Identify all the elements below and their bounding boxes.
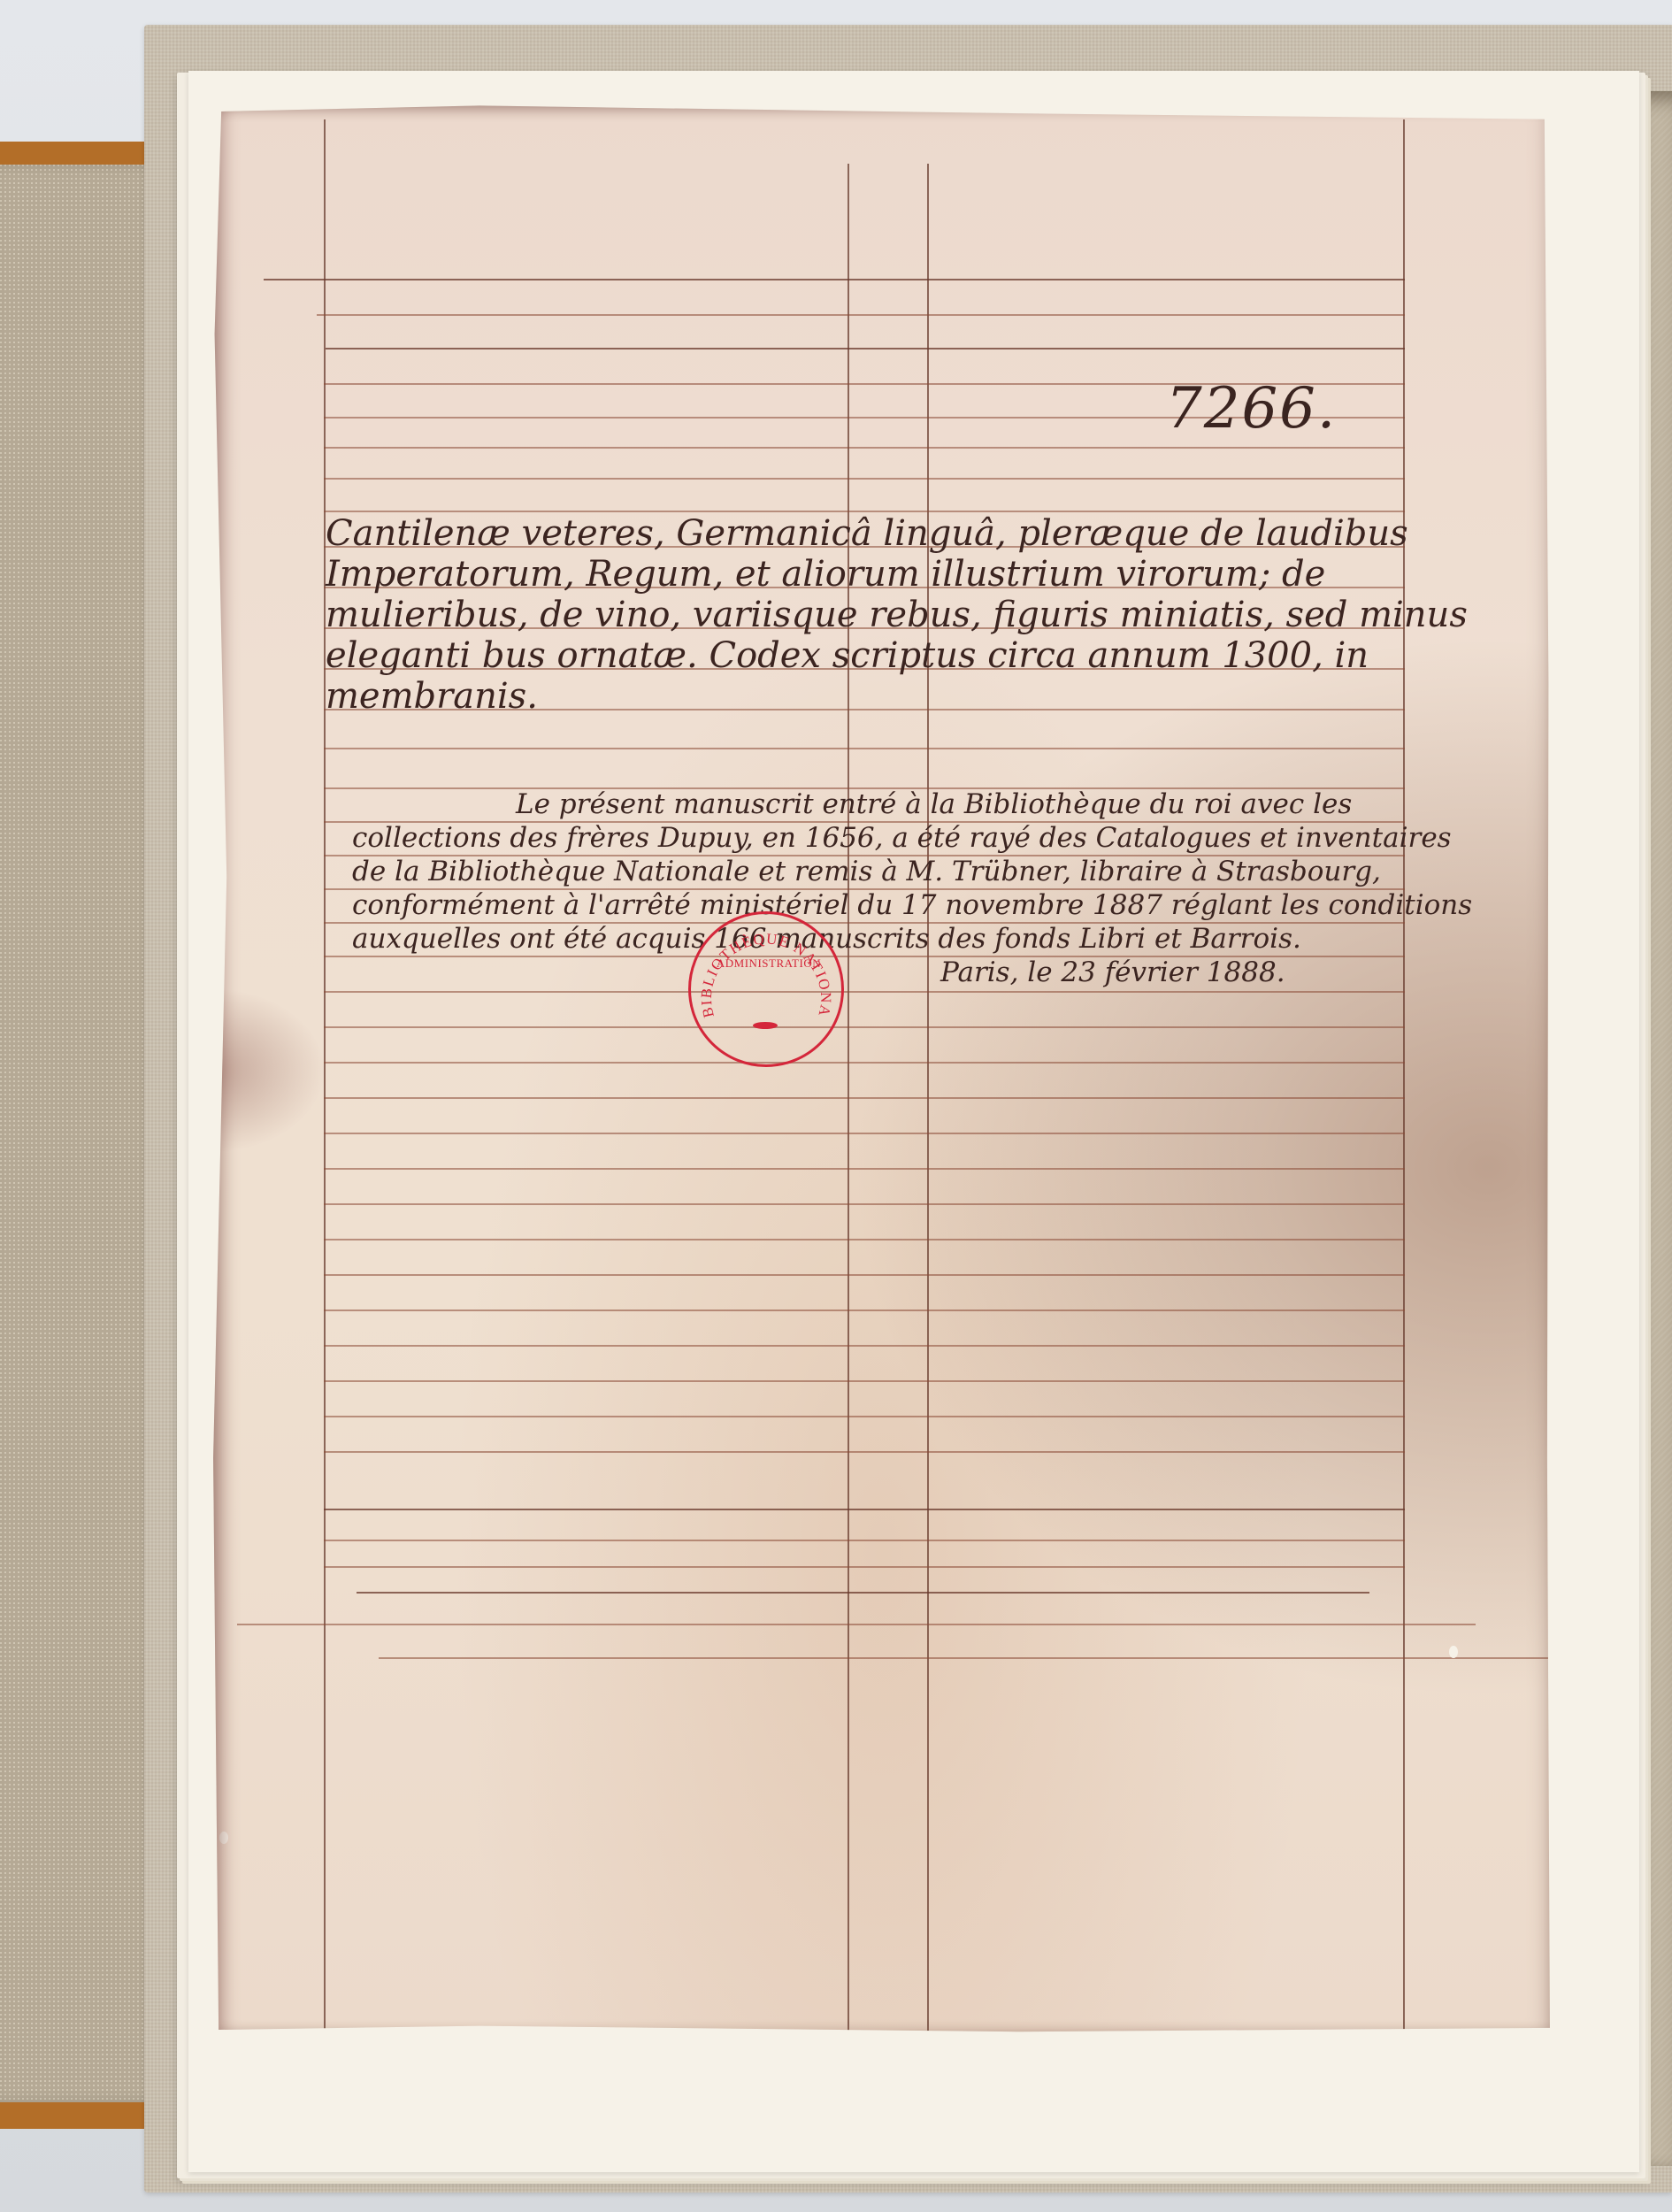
ruling-line xyxy=(324,1310,1405,1311)
stamp-mark-icon xyxy=(753,1022,778,1029)
ruling-line xyxy=(324,1345,1405,1347)
french-line: de la Bibliothèque Nationale et remis à … xyxy=(352,855,1520,888)
ruling-line xyxy=(379,1657,1555,1659)
ruling-left-margin xyxy=(324,119,326,2031)
ruling-line xyxy=(324,1509,1405,1510)
latin-line: eleganti bus ornatæ. Codex scriptus circ… xyxy=(326,635,1529,676)
ruling-line xyxy=(324,991,1405,993)
ruling-line xyxy=(324,1168,1405,1170)
latin-line: mulieribus, de vino, variisque rebus, fi… xyxy=(326,595,1529,635)
ruling-line xyxy=(324,1566,1405,1568)
ruling-line xyxy=(324,1097,1405,1099)
ruling-line xyxy=(324,1274,1405,1276)
ruling-line xyxy=(324,1026,1405,1028)
french-line: conformément à l'arrêté ministériel du 1… xyxy=(352,888,1520,922)
ruling-line xyxy=(324,1451,1405,1453)
ruling-line xyxy=(324,447,1405,449)
stamp-center-label: ADMINISTRATION xyxy=(707,956,831,971)
stamp-ring-text: BIBLIOTHÈQUE NATIONALE xyxy=(691,914,841,1064)
ruling-line xyxy=(324,1062,1405,1064)
ruling-right-margin xyxy=(1403,119,1405,2031)
ruling-line xyxy=(324,1540,1405,1541)
ruling-line xyxy=(324,748,1405,749)
french-deaccession-note: Le présent manuscrit entré à la Biblioth… xyxy=(352,787,1520,989)
paper-hole xyxy=(219,1832,228,1844)
ruling-line xyxy=(264,279,1405,280)
ruling-line xyxy=(326,348,1405,349)
ruling-line xyxy=(317,314,1405,316)
latin-description: Cantilenæ veteres, Germanicâ linguâ, ple… xyxy=(326,513,1529,717)
paper-hole xyxy=(1449,1646,1458,1658)
ruling-line xyxy=(357,1592,1369,1594)
french-line: Le présent manuscrit entré à la Biblioth… xyxy=(352,787,1520,821)
ruling-line xyxy=(324,1203,1405,1205)
shelfmark-number: 7266. xyxy=(1166,376,1337,442)
ruling-line xyxy=(237,1624,1476,1625)
ruling-line xyxy=(324,1239,1405,1240)
manuscript-leaf: 7266. Cantilenæ veteres, Germanicâ lingu… xyxy=(211,102,1555,2039)
library-stamp: BIBLIOTHÈQUE NATIONALE ADMINISTRATION xyxy=(688,911,844,1067)
latin-line: Cantilenæ veteres, Germanicâ linguâ, ple… xyxy=(326,513,1529,554)
french-line: auxquelles ont été acquis 166 manuscrits… xyxy=(352,922,1520,956)
french-line: collections des frères Dupuy, en 1656, a… xyxy=(352,821,1520,855)
ruling-line xyxy=(324,1380,1405,1382)
ruling-line xyxy=(324,1416,1405,1417)
ruling-line xyxy=(324,478,1405,480)
ruling-line xyxy=(324,511,1405,512)
ruling-line xyxy=(324,1133,1405,1134)
latin-line: membranis. xyxy=(326,676,1529,717)
signature-date-line: Paris, le 23 février 1888. xyxy=(352,956,1520,989)
latin-line: Imperatorum, Regum, et aliorum illustriu… xyxy=(326,554,1529,595)
